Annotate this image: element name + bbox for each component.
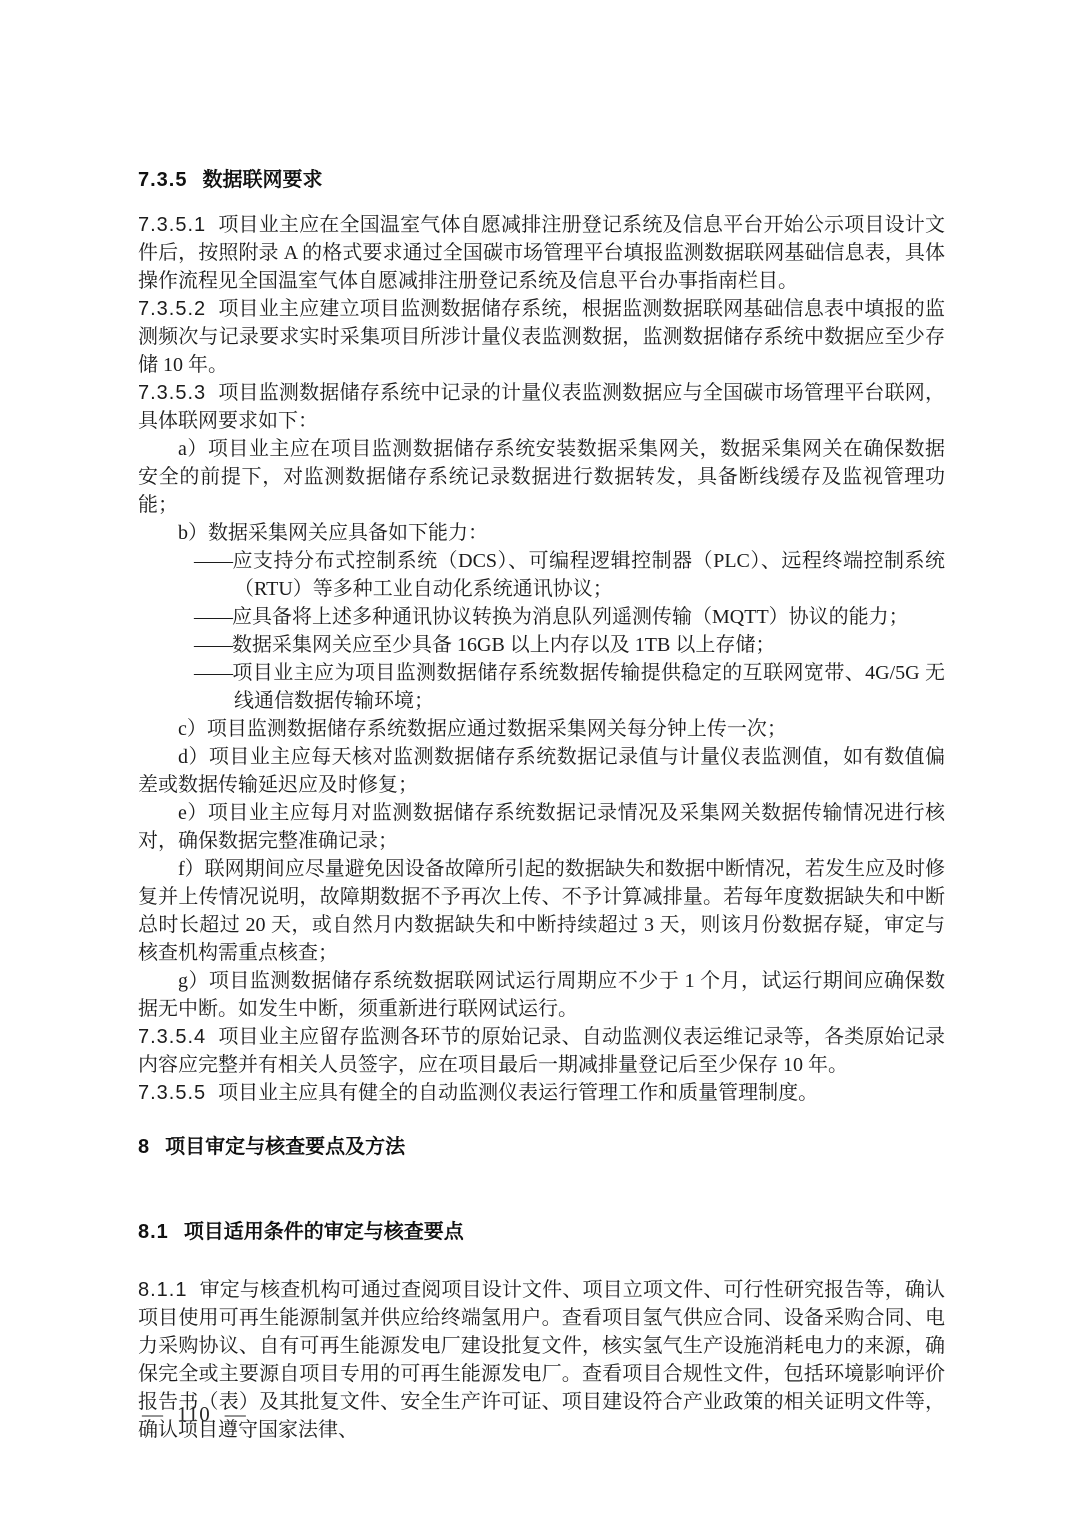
page-number: 110	[177, 1402, 211, 1426]
heading-number: 8	[138, 1136, 150, 1158]
clause-text: 审定与核查机构可通过查阅项目设计文件、项目立项文件、可行性研究报告等，确认项目使…	[138, 1279, 945, 1441]
clause-text: 项目业主应建立项目监测数据储存系统，根据监测数据联网基础信息表中填报的监测频次与…	[138, 298, 945, 376]
heading-number: 8.1	[138, 1221, 169, 1243]
clause-paragraph: 7.3.5.1项目业主应在全国温室气体自愿减排注册登记系统及信息平台开始公示项目…	[138, 211, 945, 295]
clause-number: 7.3.5.5	[138, 1082, 206, 1104]
heading-number: 7.3.5	[138, 169, 187, 191]
lettered-list-item: d）项目业主应每天核对监测数据储存系统数据记录值与计量仪表监测值，如有数值偏差或…	[138, 743, 945, 799]
page-footer: —110—	[142, 1400, 246, 1428]
list-item-text: b）数据采集网关应具备如下能力：	[178, 522, 488, 544]
dash-item-text: 应支持分布式控制系统（DCS）、可编程逻辑控制器（PLC）、远程终端控制系统（R…	[232, 550, 945, 600]
lettered-list-item: b）数据采集网关应具备如下能力：	[138, 519, 945, 547]
clause-paragraph: 7.3.5.4项目业主应留存监测各环节的原始记录、自动监测仪表运维记录等，各类原…	[138, 1023, 945, 1079]
list-item-text: f）联网期间应尽量避免因设备故障所引起的数据缺失和数据中断情况，若发生应及时修复…	[138, 858, 945, 964]
section-heading: 8.1项目适用条件的审定与核查要点	[138, 1218, 945, 1246]
document-content: 7.3.5数据联网要求7.3.5.1项目业主应在全国温室气体自愿减排注册登记系统…	[138, 166, 945, 1444]
clause-text: 项目业主应具有健全的自动监测仪表运行管理工作和质量管理制度。	[218, 1082, 818, 1104]
dash-item-text: 应具备将上述多种通讯协议转换为消息队列遥测传输（MQTT）协议的能力；	[232, 606, 909, 628]
lettered-list-item: g）项目监测数据储存系统数据联网试运行周期应不少于 1 个月，试运行期间应确保数…	[138, 967, 945, 1023]
heading-title: 项目适用条件的审定与核查要点	[184, 1221, 464, 1243]
clause-text: 项目监测数据储存系统中记录的计量仪表监测数据应与全国碳市场管理平台联网，具体联网…	[138, 382, 945, 432]
list-item-text: c）项目监测数据储存系统数据应通过数据采集网关每分钟上传一次；	[178, 718, 787, 740]
dash-bullet: ——	[194, 634, 232, 656]
lettered-list-item: c）项目监测数据储存系统数据应通过数据采集网关每分钟上传一次；	[138, 715, 945, 743]
clause-number: 8.1.1	[138, 1279, 187, 1301]
footer-left-dash: —	[142, 1402, 163, 1426]
chapter-heading: 8项目审定与核查要点及方法	[138, 1133, 945, 1161]
dash-list-item: ——应具备将上述多种通讯协议转换为消息队列遥测传输（MQTT）协议的能力；	[138, 603, 945, 631]
lettered-list-item: a）项目业主应在项目监测数据储存系统安装数据采集网关，数据采集网关在确保数据安全…	[138, 435, 945, 519]
clause-paragraph: 7.3.5.2项目业主应建立项目监测数据储存系统，根据监测数据联网基础信息表中填…	[138, 295, 945, 379]
clause-number: 7.3.5.1	[138, 214, 206, 236]
clause-paragraph: 7.3.5.5项目业主应具有健全的自动监测仪表运行管理工作和质量管理制度。	[138, 1079, 945, 1107]
dash-item-text: 数据采集网关应至少具备 16GB 以上内存以及 1TB 以上存储；	[232, 634, 775, 656]
clause-number: 7.3.5.4	[138, 1026, 206, 1048]
footer-right-dash: —	[225, 1402, 246, 1426]
heading-title: 数据联网要求	[202, 169, 322, 191]
document-page: 7.3.5数据联网要求7.3.5.1项目业主应在全国温室气体自愿减排注册登记系统…	[0, 0, 1080, 1527]
dash-list-item: ——数据采集网关应至少具备 16GB 以上内存以及 1TB 以上存储；	[138, 631, 945, 659]
clause-paragraph: 8.1.1审定与核查机构可通过查阅项目设计文件、项目立项文件、可行性研究报告等，…	[138, 1276, 945, 1444]
list-item-text: g）项目监测数据储存系统数据联网试运行周期应不少于 1 个月，试运行期间应确保数…	[138, 970, 945, 1020]
list-item-text: e）项目业主应每月对监测数据储存系统数据记录情况及采集网关数据传输情况进行核对，…	[138, 802, 945, 852]
dash-item-text: 项目业主应为项目监测数据储存系统数据传输提供稳定的互联网宽带、4G/5G 无线通…	[232, 662, 945, 712]
dash-bullet: ——	[194, 662, 232, 684]
heading-title: 项目审定与核查要点及方法	[165, 1136, 405, 1158]
clause-text: 项目业主应在全国温室气体自愿减排注册登记系统及信息平台开始公示项目设计文件后，按…	[138, 214, 945, 292]
clause-number: 7.3.5.2	[138, 298, 206, 320]
clause-text: 项目业主应留存监测各环节的原始记录、自动监测仪表运维记录等，各类原始记录内容应完…	[138, 1026, 945, 1076]
list-item-text: d）项目业主应每天核对监测数据储存系统数据记录值与计量仪表监测值，如有数值偏差或…	[138, 746, 945, 796]
dash-bullet: ——	[194, 550, 232, 572]
clause-number: 7.3.5.3	[138, 382, 206, 404]
lettered-list-item: f）联网期间应尽量避免因设备故障所引起的数据缺失和数据中断情况，若发生应及时修复…	[138, 855, 945, 967]
lettered-list-item: e）项目业主应每月对监测数据储存系统数据记录情况及采集网关数据传输情况进行核对，…	[138, 799, 945, 855]
dash-bullet: ——	[194, 606, 232, 628]
dash-list-item: ——项目业主应为项目监测数据储存系统数据传输提供稳定的互联网宽带、4G/5G 无…	[138, 659, 945, 715]
subsection-heading: 7.3.5数据联网要求	[138, 166, 945, 194]
list-item-text: a）项目业主应在项目监测数据储存系统安装数据采集网关，数据采集网关在确保数据安全…	[138, 438, 945, 516]
clause-paragraph: 7.3.5.3项目监测数据储存系统中记录的计量仪表监测数据应与全国碳市场管理平台…	[138, 379, 945, 435]
dash-list-item: ——应支持分布式控制系统（DCS）、可编程逻辑控制器（PLC）、远程终端控制系统…	[138, 547, 945, 603]
